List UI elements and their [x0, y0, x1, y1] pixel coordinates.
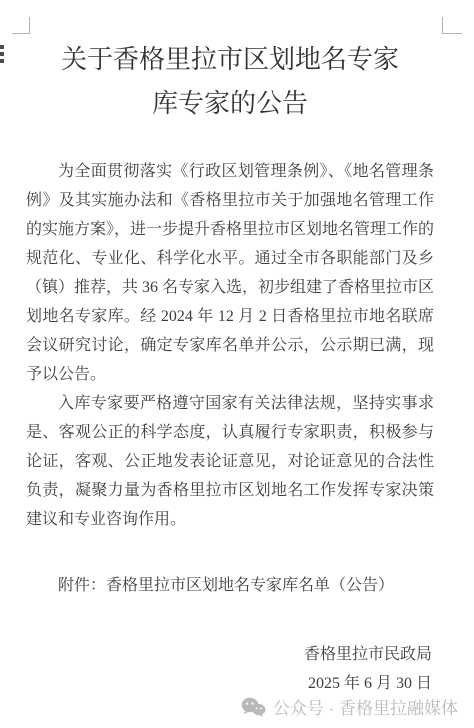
page-margin-mark-top-left: [12, 17, 30, 34]
watermark-text: 公众号 · 香格里拉融媒体: [273, 694, 458, 719]
drag-handle-icon[interactable]: [0, 45, 4, 66]
document-content: 关于香格里拉市区划地名专家 库专家的公告 为全面贯彻落实《行政区划管理条例》、《…: [26, 38, 434, 698]
handle-dot: [0, 45, 4, 49]
page-margin-mark-top-right: [442, 17, 462, 34]
page-title-line-2: 库专家的公告: [26, 82, 434, 126]
document-page: { "document": { "title": { "line1": "关于香…: [0, 0, 474, 728]
body-paragraph: 入库专家要严格遵守国家有关法律法规，坚持实事求是、客观公正的科学态度，认真履行专…: [26, 389, 434, 534]
document-body: 为全面贯彻落实《行政区划管理条例》、《地名管理条例》及其实施办法和《香格里拉市关…: [26, 157, 434, 534]
page-title-line-1: 关于香格里拉市区划地名专家: [26, 38, 434, 82]
page-title: 关于香格里拉市区划地名专家 库专家的公告: [26, 38, 434, 126]
attachment-line: 附件：香格里拉市区划地名专家库名单（公告）: [26, 571, 434, 600]
body-paragraph: 为全面贯彻落实《行政区划管理条例》、《地名管理条例》及其实施办法和《香格里拉市关…: [26, 157, 434, 389]
handle-dot: [0, 59, 4, 63]
official-account-watermark: 公众号 · 香格里拉融媒体: [241, 694, 458, 719]
wechat-icon: [241, 697, 266, 717]
signature-block: 香格里拉市民政局 2025 年 6 月 30 日: [26, 640, 434, 698]
handle-dot: [0, 52, 4, 56]
signature-agency: 香格里拉市民政局: [26, 640, 432, 669]
